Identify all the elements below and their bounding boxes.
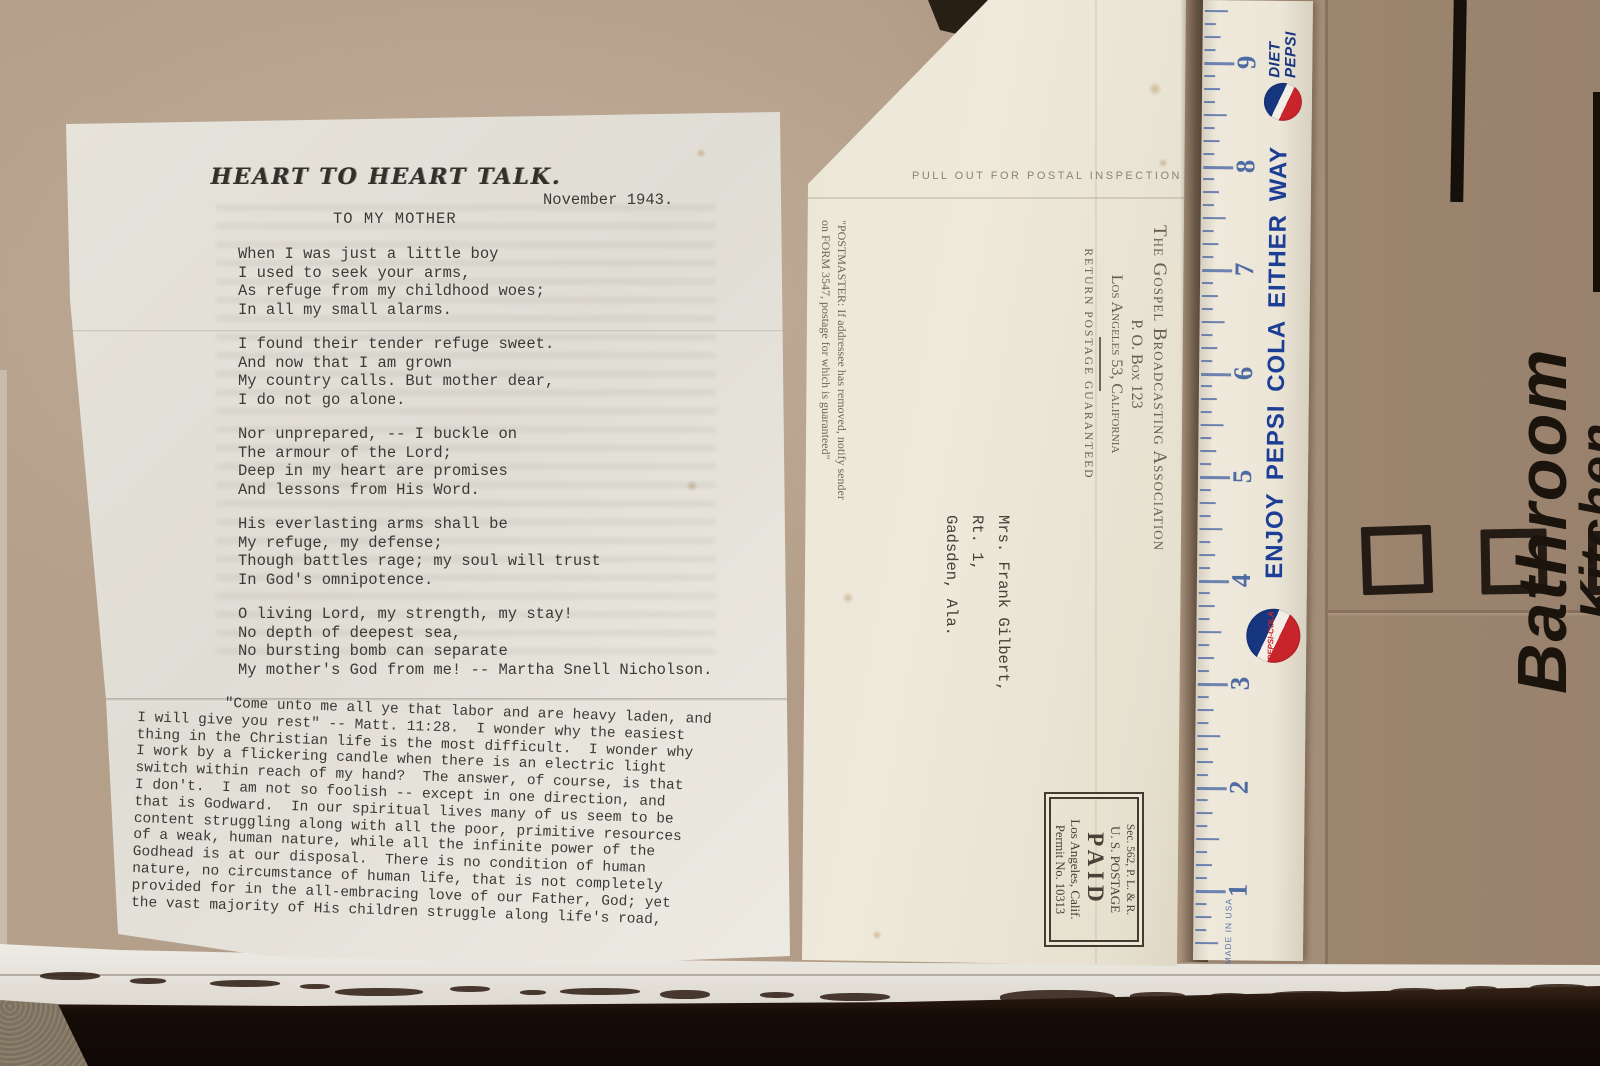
addr-line: Gadsden, Ala.: [938, 515, 964, 670]
postal-inspection-note: PULL OUT FOR POSTAL INSPECTION: [912, 170, 1182, 182]
pepsi-yardstick: 987654321 DIETPEPSI ENJOY PEPSI COLA EIT…: [1193, 0, 1313, 961]
tick-mark: [1202, 321, 1225, 323]
tick-mark: [1196, 877, 1207, 879]
pepsi-cola-logo-icon: PEPSI-COLA: [1246, 604, 1303, 663]
diet-pepsi-logo-icon: DIETPEPSI: [1262, 15, 1305, 121]
addr-line: Mrs. Frank Gilbert,: [990, 515, 1016, 670]
paint-chip: [210, 980, 280, 987]
po-box: P. O. Box 123: [1127, 225, 1145, 503]
pepsi-cola-script: PEPSI-COLA: [1266, 609, 1276, 663]
return-address: The Gospel Broadcasting Association P. O…: [1082, 225, 1170, 503]
tick-mark: [1204, 101, 1215, 103]
tick-mark: [1202, 243, 1218, 245]
tick-mark: [1199, 528, 1222, 530]
paint-chip: [660, 990, 710, 999]
paint-chip: [335, 988, 423, 996]
tick-mark: [1202, 308, 1213, 310]
tick-mark: [1199, 567, 1210, 569]
permit-postage: U. S. POSTAGE: [1107, 826, 1123, 913]
tick-mark: [1197, 722, 1208, 724]
paint-chip: [450, 986, 490, 992]
stanza: I found their tender refuge sweet. And n…: [238, 335, 712, 409]
tick-mark: [1197, 761, 1213, 763]
tick-mark: [1198, 644, 1209, 646]
tick-mark: [1199, 554, 1215, 556]
tick-mark: [1205, 36, 1221, 38]
tick-mark: [1199, 541, 1210, 543]
letter-title: HEART TO HEART TALK.: [206, 164, 566, 190]
tick-mark: [1205, 10, 1228, 12]
dp: PEPSI: [1283, 31, 1299, 78]
kitchen-blank-line: [1593, 92, 1600, 292]
stanza: Nor unprepared, -- I buckle on The armou…: [238, 425, 712, 499]
tick-mark: [1198, 709, 1214, 711]
tick-mark: [1195, 942, 1218, 944]
ruler-num: 7: [1230, 255, 1258, 283]
tick-mark: [1200, 502, 1216, 504]
ruler-num: 9: [1232, 48, 1260, 76]
tick-mark: [1196, 851, 1207, 853]
postage-permit-stamp: Sec. 562, P. L. & R. U. S. POSTAGE PAID …: [1044, 792, 1144, 947]
tick-mark: [1197, 799, 1208, 801]
tick-mark: [1196, 825, 1207, 827]
tick-mark: [1204, 140, 1220, 142]
organization-name: The Gospel Broadcasting Association: [1148, 225, 1170, 503]
letter-paragraph: "Come unto me all ye that labor and are …: [131, 693, 712, 930]
tick-mark: [1204, 75, 1215, 77]
tick-mark: [1196, 903, 1207, 905]
tick-mark: [1200, 489, 1211, 491]
tick-mark: [1195, 916, 1211, 918]
letter-dedication: TO MY MOTHER: [333, 210, 457, 228]
tick-mark: [1202, 256, 1213, 258]
tick-mark: [1200, 437, 1211, 439]
tick-mark: [1198, 670, 1209, 672]
paint-chip: [820, 993, 890, 1001]
postmaster-note: "POSTMASTER: If addressee has removed, n…: [818, 220, 850, 580]
letter-page: HEART TO HEART TALK. November 1943. TO M…: [66, 112, 792, 970]
addr-line: Rt. 1,: [964, 515, 990, 670]
tick-mark: [1200, 463, 1211, 465]
paint-chip: [300, 984, 330, 989]
paint-chip: [560, 988, 640, 995]
tick-mark: [1196, 812, 1212, 814]
letter-date: November 1943.: [543, 191, 673, 209]
tick-mark: [1199, 618, 1210, 620]
tick-mark: [1199, 592, 1210, 594]
pepsi-ball-icon: [1264, 83, 1302, 121]
tick-mark: [1202, 295, 1218, 297]
tick-mark: [1204, 88, 1220, 90]
stanza: When I was just a little boy I used to s…: [238, 245, 712, 319]
ruler-num: 2: [1225, 773, 1253, 801]
tick-mark: [1203, 153, 1214, 155]
permit-paid: PAID: [1083, 832, 1107, 907]
envelope: PULL OUT FOR POSTAL INSPECTION "POSTMAST…: [792, 0, 1190, 970]
city-line: Los Angeles 53, California: [1107, 225, 1125, 503]
tick-mark: [1200, 515, 1211, 517]
paper-stain: [872, 930, 882, 940]
tick-mark: [1198, 696, 1209, 698]
pepsi-ball-icon: PEPSI-COLA: [1246, 608, 1301, 663]
tick-mark: [1201, 398, 1217, 400]
wall-edge: [0, 370, 7, 950]
paper-stain: [696, 148, 706, 158]
tick-mark: [1198, 631, 1221, 633]
tick-mark: [1198, 657, 1214, 659]
tick-mark: [1203, 191, 1219, 193]
ruler-num: 8: [1231, 152, 1259, 180]
tick-mark: [1201, 334, 1212, 336]
made-in-usa-text: MADE IN USA: [1223, 912, 1234, 964]
paint-chip: [520, 990, 546, 995]
kitchen-checkbox: [1480, 528, 1547, 594]
diet-pepsi-text: DIETPEPSI: [1267, 31, 1299, 78]
tick-mark: [1204, 49, 1215, 51]
tick-mark: [1204, 114, 1227, 116]
tick-mark: [1195, 929, 1206, 931]
paper-stain: [842, 592, 854, 604]
ruler-num: 3: [1226, 669, 1254, 697]
bathroom-checkbox: [1361, 525, 1433, 595]
photo-scene: Bathroom Kitchen HEART TO HEART TALK. No…: [0, 0, 1600, 1066]
ruler-num: 4: [1227, 566, 1255, 594]
paint-chip: [130, 978, 166, 984]
tick-mark: [1200, 450, 1216, 452]
ruler-num: 6: [1229, 359, 1257, 387]
poem-body: When I was just a little boy I used to s…: [238, 245, 712, 695]
dp: DIET: [1267, 31, 1283, 78]
paper-stain: [1148, 82, 1162, 96]
divider-rule: [1099, 337, 1101, 391]
tick-mark: [1199, 605, 1215, 607]
postage-guarantee: RETURN POSTAGE GUARANTEED: [1082, 225, 1094, 503]
tick-mark: [1205, 23, 1216, 25]
ruler-num: 5: [1228, 462, 1256, 490]
tick-mark: [1203, 230, 1214, 232]
tick-mark: [1204, 127, 1215, 129]
tick-mark: [1196, 838, 1219, 840]
paper-stain: [1158, 158, 1168, 168]
stanza: His everlasting arms shall be My refuge,…: [238, 515, 712, 589]
tick-mark: [1201, 411, 1212, 413]
partial-checkbox: [1588, 531, 1600, 595]
tick-mark: [1197, 735, 1220, 737]
tick-mark: [1201, 347, 1217, 349]
permit-city: Los Angeles, Calif.: [1067, 819, 1083, 919]
tick-mark: [1201, 385, 1212, 387]
flap-crease: [792, 197, 1190, 199]
tick-mark: [1201, 424, 1224, 426]
tick-mark: [1197, 774, 1208, 776]
shelf-groove: [0, 974, 1600, 976]
tick-mark: [1196, 864, 1212, 866]
permit-number: Permit No. 10313: [1052, 825, 1067, 914]
tick-mark: [1203, 204, 1214, 206]
paint-chip: [40, 972, 100, 980]
pm-line: "POSTMASTER: If addressee has removed, n…: [834, 220, 850, 580]
permit-section: Sec. 562, P. L. & R.: [1124, 824, 1136, 915]
tick-mark: [1203, 178, 1214, 180]
pepsi-slogan: ENJOY PEPSI COLA EITHER WAY: [1261, 151, 1293, 579]
pm-line: on FORM 3547, postage for which is guara…: [818, 220, 834, 580]
recipient-address: Mrs. Frank Gilbert,Rt. 1,Gadsden, Ala.: [938, 515, 1016, 670]
tick-mark: [1201, 360, 1212, 362]
tick-mark: [1203, 217, 1226, 219]
stanza: O living Lord, my strength, my stay! No …: [238, 605, 712, 679]
paint-chip: [760, 992, 794, 998]
tick-mark: [1202, 282, 1213, 284]
tick-mark: [1197, 748, 1208, 750]
